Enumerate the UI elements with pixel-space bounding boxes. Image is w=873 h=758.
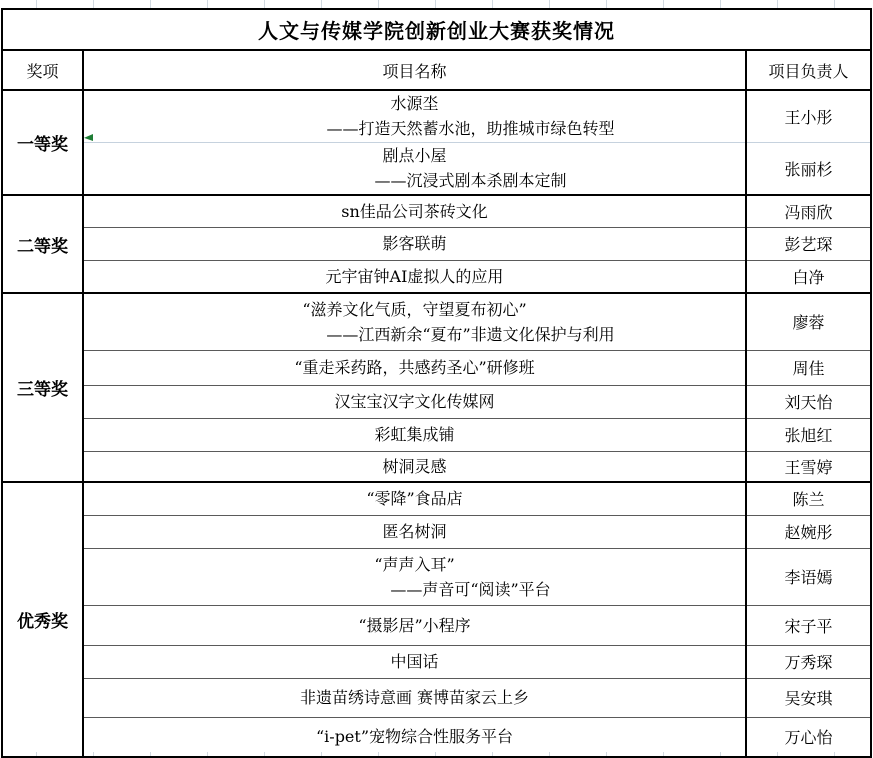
project-name: 彩虹集成铺 (84, 422, 745, 447)
leader-name: 宋子平 (785, 617, 833, 636)
project-cell[interactable]: “滋养文化气质，守望夏布初心” ——江西新余“夏布”非遗文化保护与利用 (83, 293, 746, 350)
table-row: 匿名树洞 赵婉彤 (2, 515, 871, 548)
leader-cell[interactable]: 冯雨欣 (746, 195, 871, 227)
table-row: 树洞灵感 王雪婷 (2, 451, 871, 482)
project-name: 水源坔 (84, 91, 745, 116)
table-row: 非遗苗绣诗意画 赛博苗家云上乡 吴安琪 (2, 678, 871, 717)
leader-name: 赵婉彤 (785, 523, 833, 542)
spreadsheet-sheet: 人文与传媒学院创新创业大赛获奖情况 奖项 项目名称 项目负责人 一等奖 水源坔 … (0, 0, 873, 758)
table-title-cell[interactable]: 人文与传媒学院创新创业大赛获奖情况 (2, 9, 871, 50)
leader-name: 张旭红 (785, 426, 833, 445)
project-cell[interactable]: 彩虹集成铺 (83, 418, 746, 451)
table-row: 彩虹集成铺 张旭红 (2, 418, 871, 451)
table-row: 影客联萌 彭艺琛 (2, 227, 871, 260)
project-cell[interactable]: “零降”食品店 (83, 482, 746, 515)
project-cell[interactable]: sn佳品公司茶砖文化 (83, 195, 746, 227)
project-cell[interactable]: 中国话 (83, 645, 746, 678)
leader-name: 万心怡 (785, 728, 833, 747)
table-row: “重走采药路，共感药圣心”研修班 周佳 (2, 350, 871, 385)
leader-name: 刘天怡 (785, 393, 833, 412)
project-name: “i-pet”宠物综合性服务平台 (84, 724, 745, 749)
project-name: 中国话 (84, 649, 745, 674)
award-cell-excellence-prize[interactable]: 优秀奖 (2, 482, 83, 757)
award-label: 二等奖 (17, 237, 68, 257)
leader-cell[interactable]: 周佳 (746, 350, 871, 385)
award-cell-second-prize[interactable]: 二等奖 (2, 195, 83, 293)
header-award[interactable]: 奖项 (2, 50, 83, 90)
project-name: “滋养文化气质，守望夏布初心” (84, 297, 745, 322)
leader-cell[interactable]: 廖蓉 (746, 293, 871, 350)
award-cell-first-prize[interactable]: 一等奖 (2, 90, 83, 195)
table-row: 元宇宙钟AI虚拟人的应用 白净 (2, 260, 871, 293)
leader-cell[interactable]: 宋子平 (746, 605, 871, 645)
leader-name: 廖蓉 (793, 313, 825, 332)
project-name: 树洞灵感 (84, 454, 745, 479)
page-title: 人文与传媒学院创新创业大赛获奖情况 (258, 19, 615, 43)
project-cell[interactable]: “声声入耳” ——声音可“阅读”平台 (83, 548, 746, 605)
header-project[interactable]: 项目名称 (83, 50, 746, 90)
leader-cell[interactable]: 王雪婷 (746, 451, 871, 482)
table-row: 剧点小屋 ——沉浸式剧本杀剧本定制 张丽杉 (2, 142, 871, 195)
leader-cell[interactable]: 张丽杉 (746, 142, 871, 195)
project-cell[interactable]: 树洞灵感 (83, 451, 746, 482)
leader-name: 陈兰 (793, 490, 825, 509)
project-cell[interactable]: 剧点小屋 ——沉浸式剧本杀剧本定制 (83, 142, 746, 195)
leader-name: 冯雨欣 (785, 203, 833, 222)
project-name: “零降”食品店 (84, 486, 745, 511)
header-project-label: 项目名称 (382, 62, 446, 81)
leader-name: 白净 (793, 268, 825, 287)
project-name: “声声入耳” (84, 552, 745, 577)
leader-cell[interactable]: 李语嫣 (746, 548, 871, 605)
project-cell[interactable]: “摄影居”小程序 (83, 605, 746, 645)
project-name: sn佳品公司茶砖文化 (84, 199, 745, 224)
leader-name: 张丽杉 (785, 160, 833, 179)
project-cell[interactable]: 元宇宙钟AI虚拟人的应用 (83, 260, 746, 293)
leader-cell[interactable]: 吴安琪 (746, 678, 871, 717)
project-cell[interactable]: “重走采药路，共感药圣心”研修班 (83, 350, 746, 385)
project-name: “摄影居”小程序 (84, 613, 745, 638)
header-award-label: 奖项 (26, 62, 58, 81)
project-name: 匿名树洞 (84, 519, 745, 544)
table-row: 中国话 万秀琛 (2, 645, 871, 678)
project-cell[interactable]: 非遗苗绣诗意画 赛博苗家云上乡 (83, 678, 746, 717)
leader-cell[interactable]: 白净 (746, 260, 871, 293)
leader-name: 万秀琛 (785, 653, 833, 672)
award-label: 优秀奖 (17, 612, 68, 632)
project-subtitle: ——沉浸式剧本杀剧本定制 (140, 168, 746, 193)
leader-cell[interactable]: 万心怡 (746, 717, 871, 757)
leader-cell[interactable]: 赵婉彤 (746, 515, 871, 548)
leader-cell[interactable]: 彭艺琛 (746, 227, 871, 260)
table-row: 三等奖 “滋养文化气质，守望夏布初心” ——江西新余“夏布”非遗文化保护与利用 … (2, 293, 871, 350)
project-name: 剧点小屋 (84, 143, 745, 168)
leader-cell[interactable]: 陈兰 (746, 482, 871, 515)
project-name: “重走采药路，共感药圣心”研修班 (84, 355, 745, 380)
project-cell[interactable]: “i-pet”宠物综合性服务平台 (83, 717, 746, 757)
project-subtitle: ——声音可“阅读”平台 (140, 577, 746, 602)
leader-cell[interactable]: 刘天怡 (746, 385, 871, 418)
faint-gridlines-top (0, 0, 873, 8)
project-name: 非遗苗绣诗意画 赛博苗家云上乡 (84, 685, 745, 710)
project-cell[interactable]: 匿名树洞 (83, 515, 746, 548)
award-cell-third-prize[interactable]: 三等奖 (2, 293, 83, 482)
table-row: “声声入耳” ——声音可“阅读”平台 李语嫣 (2, 548, 871, 605)
award-table: 人文与传媒学院创新创业大赛获奖情况 奖项 项目名称 项目负责人 一等奖 水源坔 … (1, 8, 872, 758)
header-leader-label: 项目负责人 (769, 62, 849, 81)
leader-name: 吴安琪 (785, 689, 833, 708)
leader-name: 王雪婷 (785, 458, 833, 477)
table-row: “摄影居”小程序 宋子平 (2, 605, 871, 645)
table-row: 汉宝宝汉字文化传媒网 刘天怡 (2, 385, 871, 418)
award-label: 三等奖 (17, 380, 68, 400)
leader-name: 彭艺琛 (785, 235, 833, 254)
leader-cell[interactable]: 张旭红 (746, 418, 871, 451)
table-row: 一等奖 水源坔 ——打造天然蓄水池，助推城市绿色转型 王小彤 (2, 90, 871, 142)
table-row: 优秀奖 “零降”食品店 陈兰 (2, 482, 871, 515)
table-row: “i-pet”宠物综合性服务平台 万心怡 (2, 717, 871, 757)
award-label: 一等奖 (17, 135, 68, 155)
header-leader[interactable]: 项目负责人 (746, 50, 871, 90)
project-name: 影客联萌 (84, 231, 745, 256)
project-name: 汉宝宝汉字文化传媒网 (84, 389, 745, 414)
leader-name: 李语嫣 (785, 568, 833, 587)
project-name: 元宇宙钟AI虚拟人的应用 (84, 264, 745, 289)
project-cell[interactable]: 汉宝宝汉字文化传媒网 (83, 385, 746, 418)
project-cell[interactable]: 水源坔 ——打造天然蓄水池，助推城市绿色转型 (83, 90, 746, 142)
leader-name: 王小彤 (785, 108, 833, 127)
project-subtitle: ——江西新余“夏布”非遗文化保护与利用 (140, 322, 746, 347)
project-cell[interactable]: 影客联萌 (83, 227, 746, 260)
leader-cell[interactable]: 王小彤 (746, 90, 871, 142)
table-row: 二等奖 sn佳品公司茶砖文化 冯雨欣 (2, 195, 871, 227)
project-subtitle: ——打造天然蓄水池，助推城市绿色转型 (140, 116, 746, 141)
leader-cell[interactable]: 万秀琛 (746, 645, 871, 678)
leader-name: 周佳 (793, 359, 825, 378)
